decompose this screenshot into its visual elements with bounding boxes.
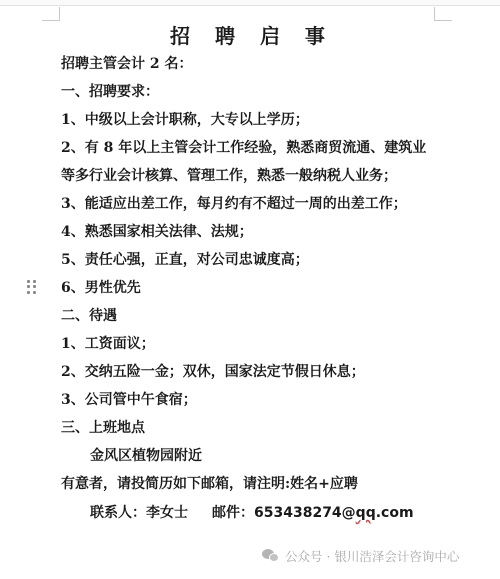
apply-note: 有意者，请投简历如下邮箱，请注明:姓名+应聘 (61, 475, 358, 493)
requirement-item: 6、男性优先 (61, 279, 141, 297)
wechat-icon (262, 549, 280, 563)
section-heading-benefits: 二、待遇 (61, 307, 117, 325)
requirement-item: 5、责任心强，正直，对公司忠诚度高； (61, 251, 309, 269)
requirement-item: 2、有 8 年以上主管会计工作经验，熟悉商贸流通、建筑业 (61, 139, 426, 157)
contact-line: 联系人：李女士邮件：653438274@qq.com (90, 504, 414, 522)
section-heading-requirements: 一、招聘要求： (61, 83, 159, 101)
requirement-item: 3、能适应出差工作，每月约有不超过一周的出差工作； (61, 195, 407, 213)
requirement-item-continued: 等多行业会计核算、管理工作，熟悉一般纳税人业务； (61, 167, 397, 185)
benefit-item: 3、公司管中午食宿； (61, 391, 197, 409)
margin-corner-top-left (42, 7, 60, 21)
contact-person: 联系人：李女士 (90, 505, 188, 521)
email-label: 邮件： (212, 505, 254, 521)
block-drag-handle-icon[interactable] (27, 280, 37, 294)
requirement-item: 4、熟悉国家相关法律、法规； (61, 223, 253, 241)
work-location: 金风区植物园附近 (90, 447, 202, 465)
email-address[interactable]: 653438274@qq.com (254, 505, 414, 521)
watermark-text: 公众号 · 银川浩泽会计咨询中心 (285, 547, 459, 565)
page-top-edge (0, 0, 500, 6)
section-heading-location: 三、上班地点 (61, 419, 145, 437)
benefit-item: 1、工资面议； (61, 335, 155, 353)
benefit-item: 2、交纳五险一金；双休，国家法定节假日休息； (61, 363, 365, 381)
document-title: 招 聘 启 事 (0, 20, 500, 49)
position-line: 招聘主管会计 2 名： (61, 55, 193, 73)
watermark: 公众号 · 银川浩泽会计咨询中心 (262, 546, 459, 566)
margin-corner-top-right (434, 7, 452, 21)
requirement-item: 1、中级以上会计职称，大专以上学历； (61, 111, 309, 129)
